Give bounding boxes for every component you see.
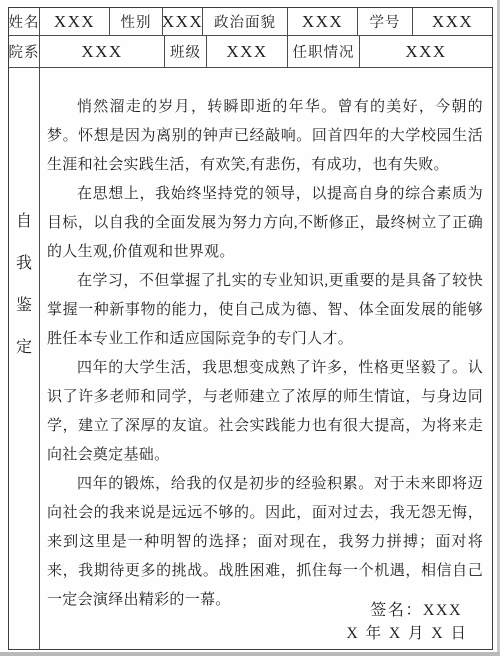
label-char: 鉴 xyxy=(16,298,32,314)
name-value: XXX xyxy=(40,8,110,36)
name-label: 姓名 xyxy=(9,8,40,36)
student-id-label: 学号 xyxy=(358,8,413,36)
paragraph-5: 四年的锻炼，给我的仅是初步的经验积累。对于未来即将迈向社会的我来说是远远不够的。… xyxy=(47,470,483,615)
class-label: 班级 xyxy=(165,36,207,68)
self-evaluation-text-cell: 悄然溜走的岁月，转瞬即逝的年华。曾有的美好，今朝的梦。怀想是因为离别的钟声已经敲… xyxy=(40,68,492,649)
political-status-value: XXX xyxy=(288,8,358,36)
date-line: X 年 X 月 X 日 xyxy=(347,619,468,648)
student-id-value: XXX xyxy=(413,8,492,36)
gender-value: XXX xyxy=(163,8,203,36)
position-value: XXX xyxy=(360,36,492,68)
department-label: 院系 xyxy=(9,36,40,68)
paragraph-2: 在思想上，我始终坚持党的领导，以提高自身的综合素质为目标，以自我的全面发展为努力… xyxy=(47,180,483,267)
paragraph-3: 在学习，不但掌握了扎实的专业知识,更重要的是具备了较快掌握一种新事物的能力，使自… xyxy=(47,267,483,354)
label-char: 我 xyxy=(16,256,32,272)
department-value: XXX xyxy=(40,36,165,68)
scanned-form-page: { "colors": { "page_bg": "#fefefe", "bor… xyxy=(0,0,500,656)
scan-edge-bottom xyxy=(0,652,500,656)
position-label: 任职情况 xyxy=(288,36,360,68)
political-status-label: 政治面貌 xyxy=(203,8,288,36)
header-row-1: 姓名 XXX 性别 XXX 政治面貌 XXX 学号 XXX xyxy=(9,8,492,36)
paragraph-1: 悄然溜走的岁月，转瞬即逝的年华。曾有的美好，今朝的梦。怀想是因为离别的钟声已经敲… xyxy=(47,93,483,180)
self-evaluation-side-label: 自 我 鉴 定 xyxy=(9,68,40,649)
self-evaluation-form-table: 姓名 XXX 性别 XXX 政治面貌 XXX 学号 XXX 院系 XXX 班级 … xyxy=(8,7,493,650)
form-body-row: 自 我 鉴 定 悄然溜走的岁月，转瞬即逝的年华。曾有的美好，今朝的梦。怀想是因为… xyxy=(9,68,492,649)
paragraph-4: 四年的大学生活，我思想变成熟了许多，性格更坚毅了。认识了许多老师和同学，与老师建… xyxy=(47,354,483,470)
label-char: 定 xyxy=(16,340,32,356)
header-row-2: 院系 XXX 班级 XXX 任职情况 XXX xyxy=(9,36,492,68)
gender-label: 性别 xyxy=(110,8,163,36)
label-char: 自 xyxy=(16,214,32,230)
class-value: XXX xyxy=(207,36,288,68)
